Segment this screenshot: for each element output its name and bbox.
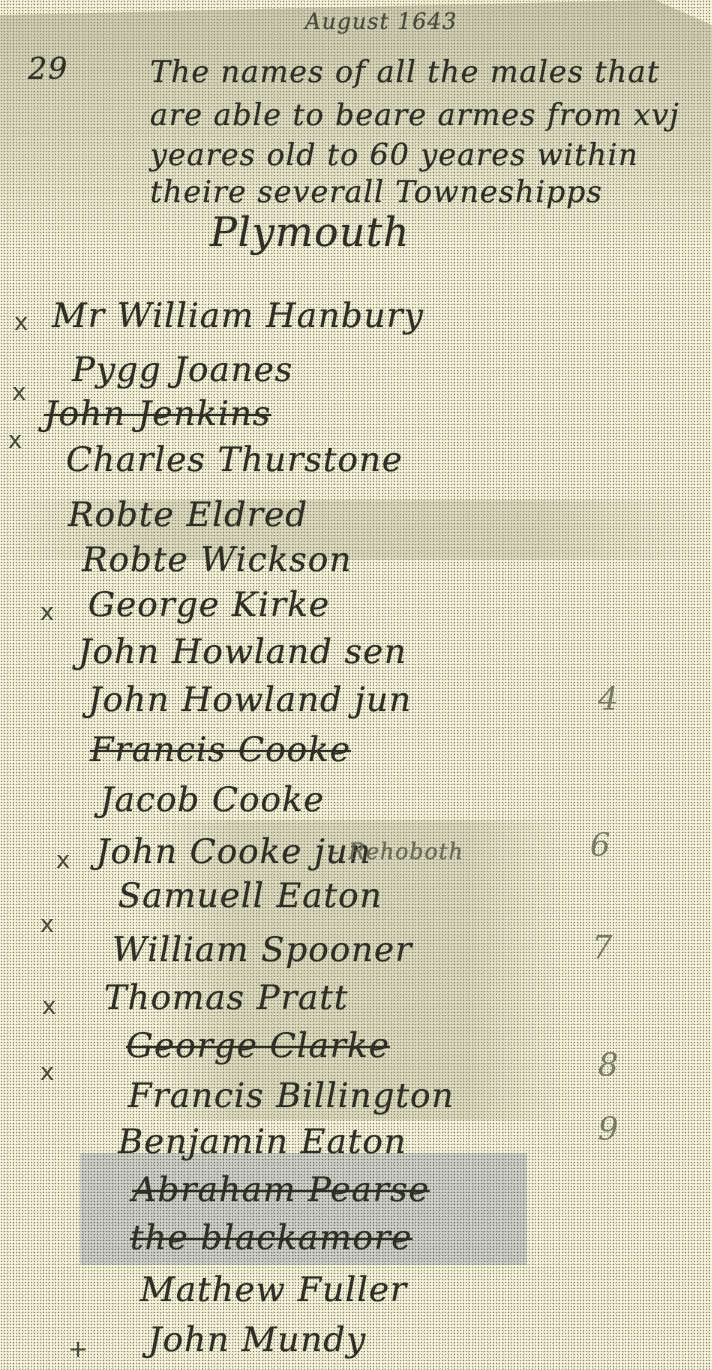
margin-mark: x [12,378,26,406]
entry-annotation: - Rehoboth [332,840,464,865]
name-entry-struck: Francis Cooke [90,730,351,770]
name-entry: George Kirke [88,585,330,625]
margin-mark: x [42,992,56,1020]
margin-mark: x [40,598,54,626]
name-entry-struck-highlighted: Abraham Pearse [132,1170,430,1210]
margin-mark: x [8,426,22,454]
tally-number: 9 [598,1110,618,1148]
title-line-2: are able to beare armes from xvj [150,98,680,133]
margin-mark: + [68,1335,88,1363]
margin-mark: x [40,1058,54,1086]
name-entry-struck: George Clarke [126,1026,390,1066]
name-entry: Mathew Fuller [140,1270,407,1310]
tally-number: 4 [598,680,618,718]
township-heading: Plymouth [210,210,410,256]
name-entry-struck: John Jenkins [44,394,271,434]
tally-number: 8 [598,1046,618,1084]
tally-number: 6 [590,826,610,864]
tally-number: 7 [592,928,612,966]
title-line-4: theire severall Towneshipps [150,175,603,210]
name-entry: John Howland sen [78,632,407,672]
name-entry: William Spooner [112,930,412,970]
name-entry: Samuell Eaton [118,876,383,916]
margin-mark: x [56,846,70,874]
name-entry: John Howland jun [88,680,412,720]
name-entry: Charles Thurstone [66,440,403,480]
name-entry-struck-highlighted: the blackamore [130,1218,412,1258]
name-entry: Jacob Cooke [100,780,325,820]
name-entry: John Cooke jun [96,832,372,872]
name-entry: Francis Billington [128,1076,454,1116]
margin-mark: x [14,308,28,336]
name-entry: Robte Wickson [82,540,352,580]
page-margin-number: 29 [28,52,68,87]
document-date: August 1643 [305,10,457,35]
name-entry: John Mundy [148,1320,366,1360]
name-entry: Robte Eldred [68,495,308,535]
name-entry: Thomas Pratt [104,978,349,1018]
name-entry: Benjamin Eaton [118,1122,407,1162]
name-entry: Pygg Joanes [72,350,293,390]
margin-mark: x [40,910,54,938]
title-line-1: The names of all the males that [150,55,660,90]
name-entry: Mr William Hanbury [52,296,424,336]
title-line-3: yeares old to 60 yeares within [150,138,639,173]
